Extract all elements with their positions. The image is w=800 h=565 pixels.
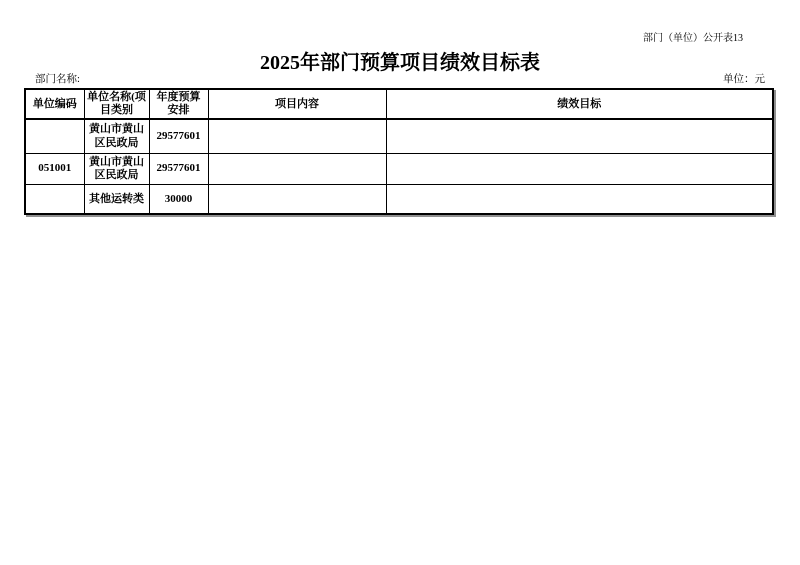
table-row: 黄山市黄山区民政局 29577601 bbox=[25, 119, 773, 153]
table-header: 单位编码 单位名称(项目类别 年度预算安排 项目内容 绩效目标 bbox=[25, 89, 773, 119]
cell-unit-code bbox=[25, 184, 84, 214]
page-reference: 部门（单位）公开表13 bbox=[643, 29, 743, 44]
cell-unit-name: 其他运转类 bbox=[84, 184, 149, 214]
cell-annual-budget: 29577601 bbox=[149, 119, 208, 153]
header-row: 单位编码 单位名称(项目类别 年度预算安排 项目内容 绩效目标 bbox=[25, 89, 773, 119]
budget-table: 单位编码 单位名称(项目类别 年度预算安排 项目内容 绩效目标 黄山市黄山区民政… bbox=[24, 88, 774, 215]
cell-project-content bbox=[208, 184, 386, 214]
cell-annual-budget: 30000 bbox=[149, 184, 208, 214]
cell-unit-name: 黄山市黄山区民政局 bbox=[84, 153, 149, 184]
page-title: 2025年部门预算项目绩效目标表 bbox=[0, 46, 800, 75]
cell-project-content bbox=[208, 119, 386, 153]
table-row: 051001 黄山市黄山区民政局 29577601 bbox=[25, 153, 773, 184]
header-project-content: 项目内容 bbox=[208, 89, 386, 119]
cell-unit-name: 黄山市黄山区民政局 bbox=[84, 119, 149, 153]
department-name-label: 部门名称: bbox=[35, 71, 80, 86]
cell-performance-target bbox=[386, 153, 773, 184]
cell-annual-budget: 29577601 bbox=[149, 153, 208, 184]
document-page: { "page": { "ref": "部门（单位）公开表13", "title… bbox=[0, 0, 800, 565]
table-body: 黄山市黄山区民政局 29577601 051001 黄山市黄山区民政局 2957… bbox=[25, 119, 773, 214]
cell-performance-target bbox=[386, 119, 773, 153]
cell-project-content bbox=[208, 153, 386, 184]
cell-unit-code bbox=[25, 119, 84, 153]
header-unit-code: 单位编码 bbox=[25, 89, 84, 119]
header-unit-name: 单位名称(项目类别 bbox=[84, 89, 149, 119]
table-row: 其他运转类 30000 bbox=[25, 184, 773, 214]
currency-unit-label: 单位：元 bbox=[723, 71, 765, 86]
header-annual-budget: 年度预算安排 bbox=[149, 89, 208, 119]
header-performance-target: 绩效目标 bbox=[386, 89, 773, 119]
cell-performance-target bbox=[386, 184, 773, 214]
cell-unit-code: 051001 bbox=[25, 153, 84, 184]
